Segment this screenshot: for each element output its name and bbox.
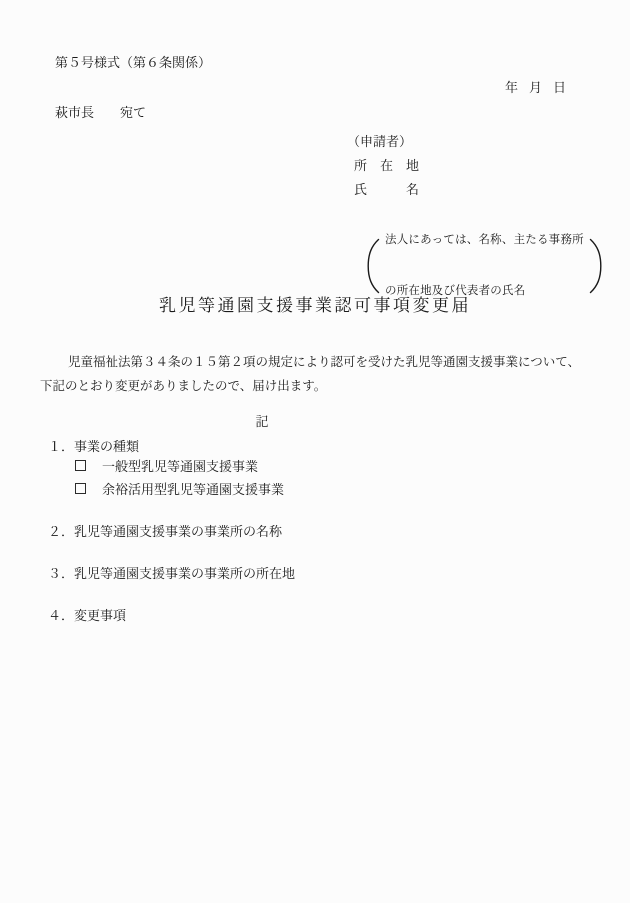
item-label: 乳児等通園支援事業の事業所の所在地 <box>74 566 295 581</box>
list-item-business-type: １．事業の種類 <box>48 436 139 455</box>
item-number: ２． <box>48 524 74 539</box>
page-title: 乳児等通園支援事業認可事項変更届 <box>0 291 630 316</box>
applicant-label: （申請者） <box>347 131 412 150</box>
form-number: 第５号様式（第６条関係） <box>55 52 211 71</box>
list-item-office-name: ２．乳児等通園支援事業の事業所の名称 <box>48 521 282 540</box>
record-mark: 記 <box>0 411 524 430</box>
list-item-change-details: ４．変更事項 <box>48 605 126 624</box>
left-bracket-icon <box>366 238 380 294</box>
checkbox-label-surplus-type: 余裕活用型乳児等通園支援事業 <box>102 479 284 498</box>
checkbox-row-general-type: 一般型乳児等通園支援事業 <box>75 456 258 475</box>
body-paragraph: 児童福祉法第３４条の１５第２項の規定により認可を受けた乳児等通園支援事業について… <box>40 351 588 398</box>
corporate-note-line1: 法人にあっては、名称、主たる事務所 <box>385 232 584 249</box>
checkbox-row-surplus-type: 余裕活用型乳児等通園支援事業 <box>75 479 284 498</box>
addressee: 萩市長 宛て <box>55 102 146 121</box>
item-number: ４． <box>48 608 74 623</box>
item-label: 事業の種類 <box>74 439 139 454</box>
item-number: ３． <box>48 566 74 581</box>
item-label: 変更事項 <box>74 608 126 623</box>
applicant-name-label: 氏 名 <box>354 179 419 198</box>
body-line-1: 児童福祉法第３４条の１５第２項の規定により認可を受けた乳児等通園支援事業について… <box>40 351 588 375</box>
applicant-address-label: 所 在 地 <box>354 155 419 174</box>
checkbox-surplus-type[interactable] <box>75 483 86 494</box>
checkbox-general-type[interactable] <box>75 460 86 471</box>
list-item-office-location: ３．乳児等通園支援事業の事業所の所在地 <box>48 563 295 582</box>
right-bracket-icon <box>589 238 603 294</box>
item-label: 乳児等通園支援事業の事業所の名称 <box>74 524 282 539</box>
body-line-2: 下記のとおり変更がありましたので、届け出ます。 <box>40 375 588 399</box>
document-page: 第５号様式（第６条関係） 年 月 日 萩市長 宛て （申請者） 所 在 地 氏 … <box>0 0 630 903</box>
date-line: 年 月 日 <box>505 77 565 96</box>
checkbox-label-general-type: 一般型乳児等通園支援事業 <box>102 456 258 475</box>
item-number: １． <box>48 439 74 454</box>
